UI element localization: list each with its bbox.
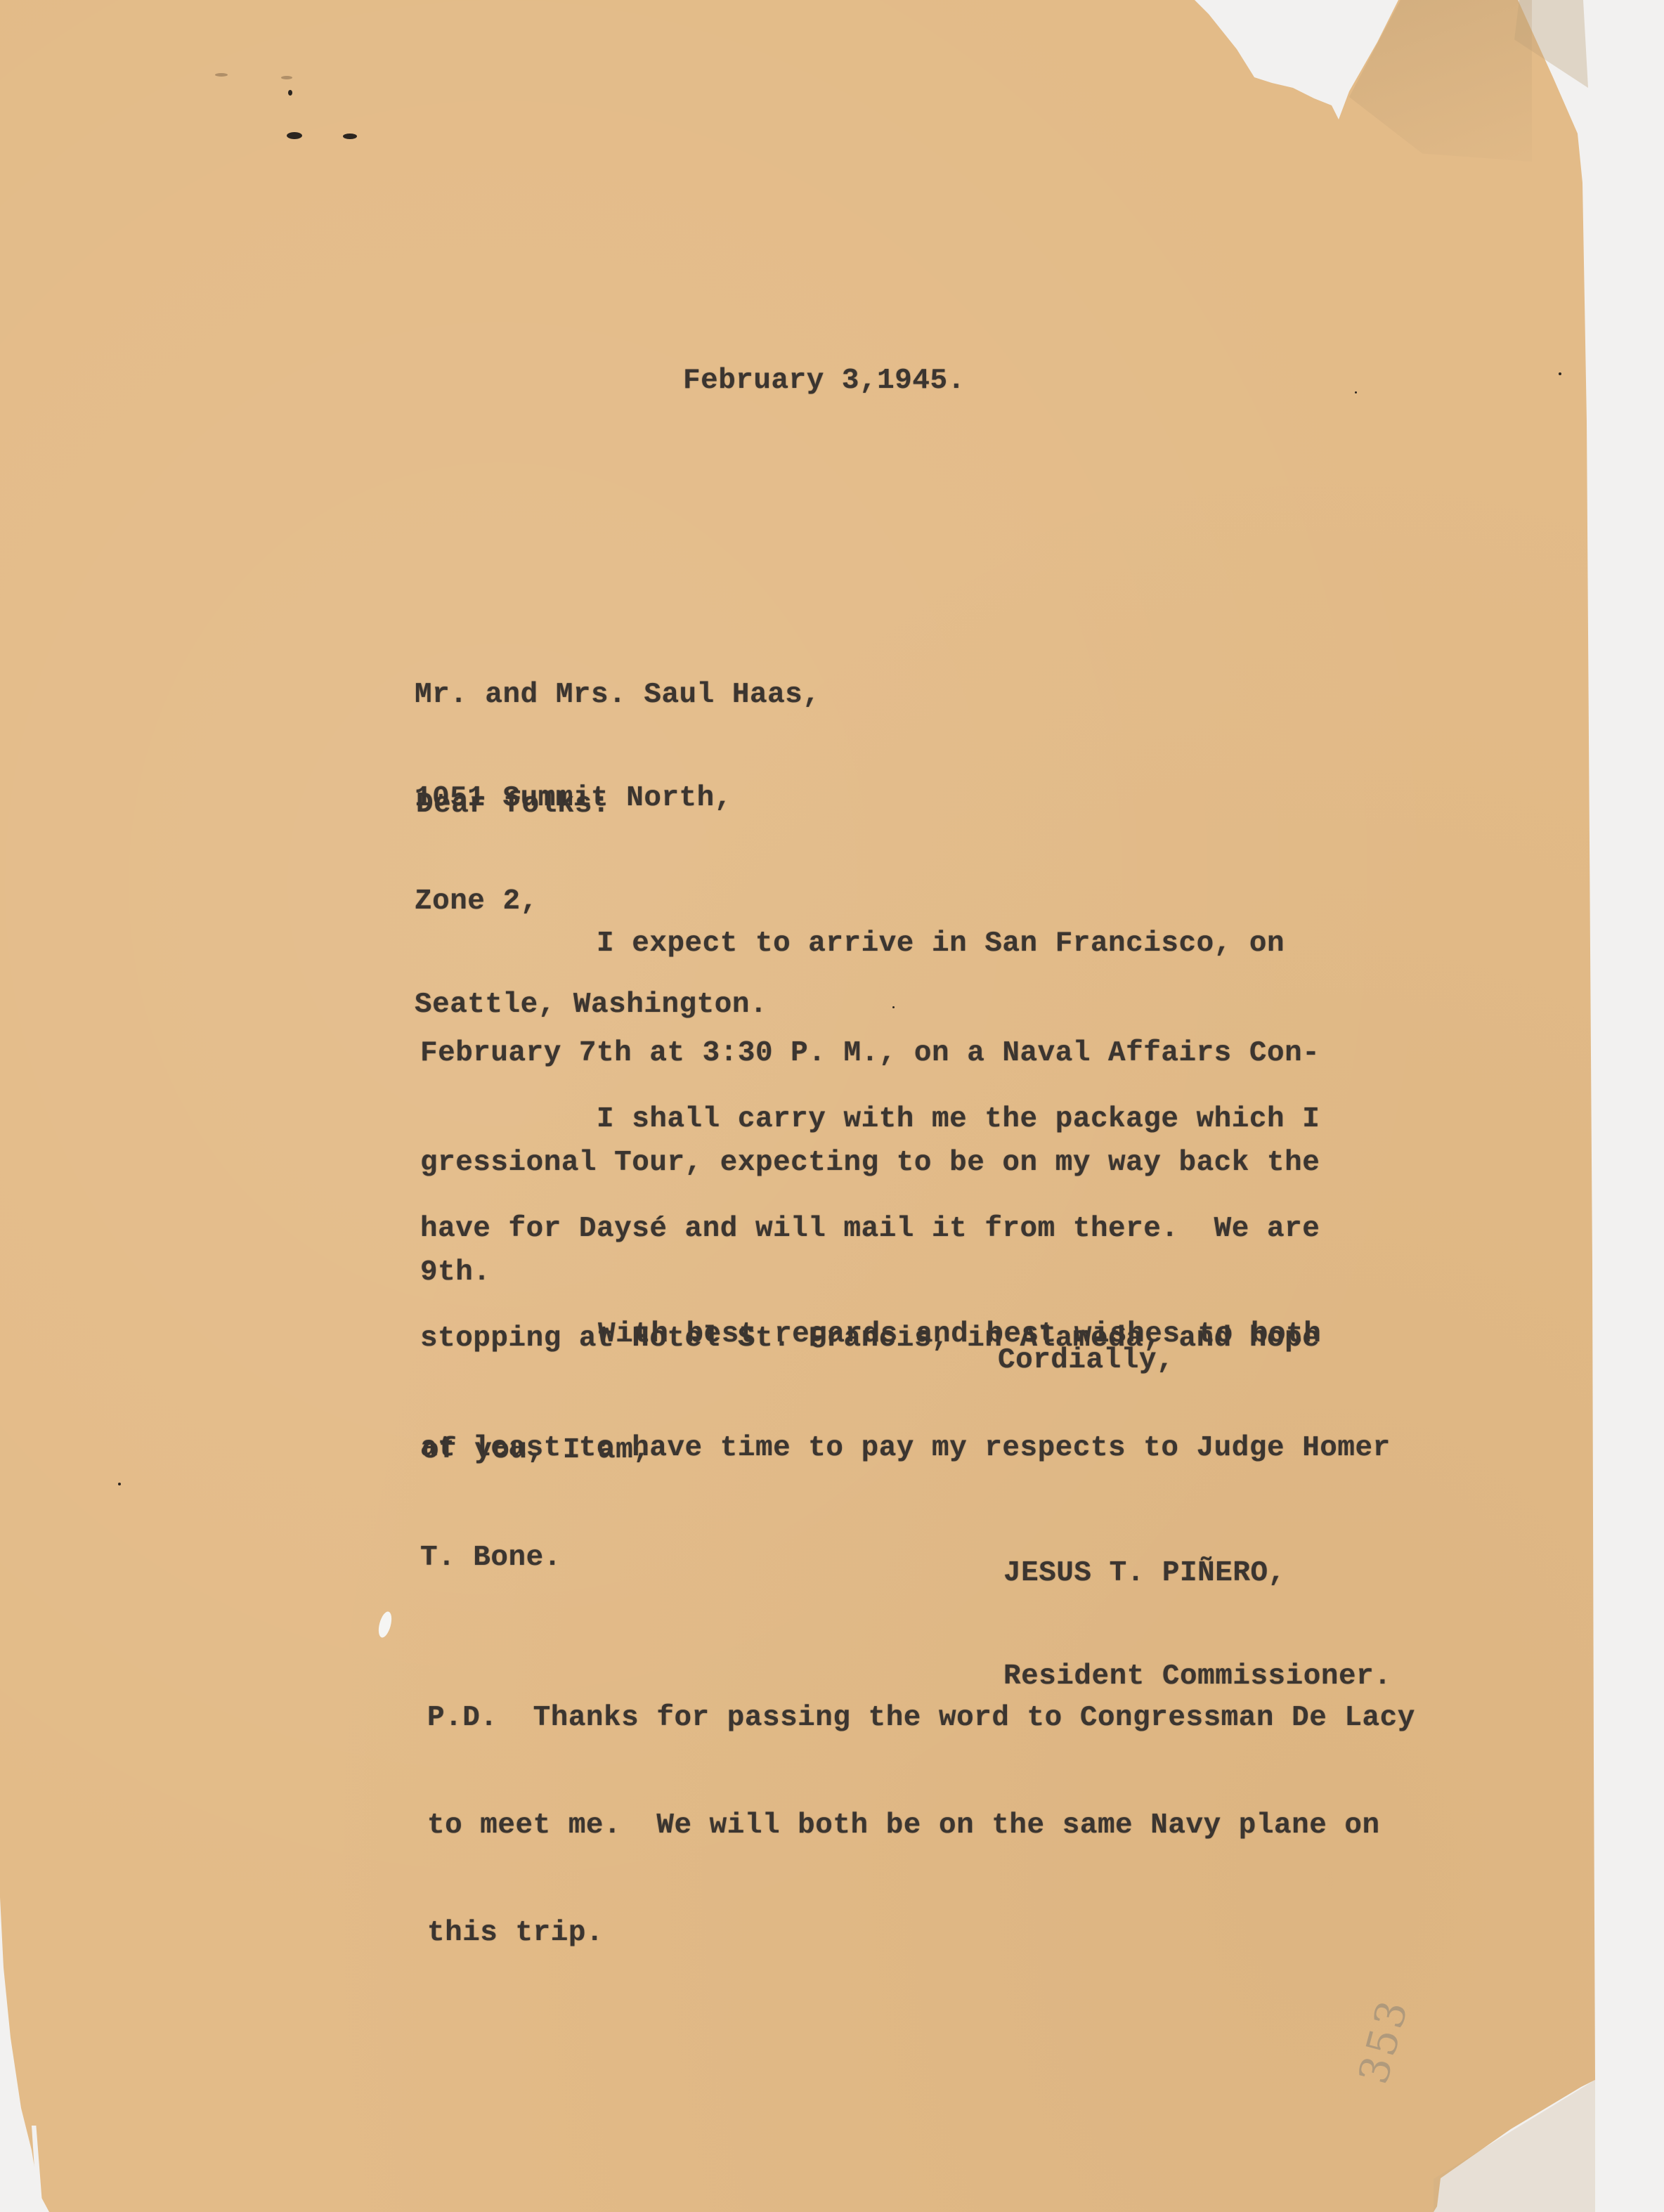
paragraph-line: I shall carry with me the package which … <box>420 1101 1391 1138</box>
signer-name: JESUS T. PIÑERO, <box>1003 1556 1391 1591</box>
body-paragraph-3: With best regards and best wishes to bot… <box>422 1238 1321 1509</box>
paragraph-line: of you, I am, <box>422 1431 1321 1470</box>
postscript-line: to meet me. We will both be on the same … <box>427 1808 1415 1844</box>
address-line: Mr. and Mrs. Saul Haas, <box>415 678 820 713</box>
salutation: Dear folks: <box>416 788 610 822</box>
postscript: P.D. Thanks for passing the word to Cong… <box>427 1629 1415 1987</box>
postscript-line: this trip. <box>427 1915 1415 1951</box>
letter-date: February 3,1945. <box>683 364 966 398</box>
paragraph-line: With best regards and best wishes to bot… <box>422 1315 1321 1354</box>
paragraph-line: I expect to arrive in San Francisco, on <box>420 925 1320 962</box>
postscript-line: P.D. Thanks for passing the word to Cong… <box>427 1700 1415 1736</box>
complimentary-close: Cordially, <box>998 1344 1174 1378</box>
